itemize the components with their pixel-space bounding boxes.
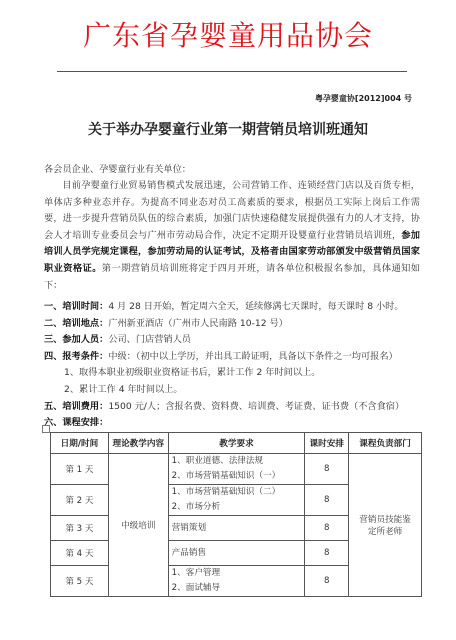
item-training-location: 二、培训地点：广州新亚酒店（广州市人民南路 10-12 号） <box>44 316 434 333</box>
paragraph-text: 目前孕婴童行业贸易销售模式发展迅速，公司营销工作、连锁经营门店以及百货专柜，单体… <box>44 180 420 241</box>
table-header-row: 日期/时间 理论教学内容 教学要求 课时安排 课程负责部门 <box>51 433 422 454</box>
notice-items: 一、培训时间：4 月 28 日开始，暂定周六全天，延续修满七天课时，每天课时 8… <box>44 299 434 432</box>
item-training-time: 一、培训时间：4 月 28 日开始，暂定周六全天，延续修满七天课时，每天课时 8… <box>44 299 434 316</box>
table-move-handle[interactable] <box>42 425 50 433</box>
notice-title: 关于举办孕婴童行业第一期营销员培训班通知 <box>0 119 456 139</box>
red-divider <box>57 71 407 72</box>
item-requirement-2: 2、累计工作 4 年时间以上。 <box>44 382 434 399</box>
schedule-table: 日期/时间 理论教学内容 教学要求 课时安排 课程负责部门 第 1 天 中级培训… <box>50 432 422 597</box>
table-row: 第 1 天 中级培训 1、职业道德、法律法规2、市场营销基础知识（一） 8 营销… <box>51 454 422 485</box>
intro-paragraph: 目前孕婴童行业贸易销售模式发展迅速，公司营销工作、连锁经营门店以及百货专柜，单体… <box>44 178 420 294</box>
item-schedule: 六、课程安排： <box>44 415 434 432</box>
item-participants: 三、参加人员：公司、门店营销人员 <box>44 332 434 349</box>
header-requirements: 教学要求 <box>168 433 305 454</box>
item-requirements: 四、报考条件：中级：（初中以上学历，并出具工龄证明，具备以下条件之一均可报名） <box>44 349 434 366</box>
organization-title: 广东省孕婴童用品协会 <box>0 18 456 54</box>
salutation: 各会员企业、孕婴童行业有关单位： <box>44 162 420 179</box>
header-hours: 课时安排 <box>305 433 349 454</box>
header-department: 课程负责部门 <box>349 433 422 454</box>
content-cell: 中级培训 <box>108 454 168 597</box>
header-content: 理论教学内容 <box>108 433 168 454</box>
department-cell: 营销员技能鉴定所老师 <box>349 454 422 597</box>
document-number: 粤孕婴童协[2012]004 号 <box>315 93 412 104</box>
item-requirement-1: 1、取得本职业初级职业资格证书后，累计工作 2 年时间以上。 <box>44 365 434 382</box>
header-date: 日期/时间 <box>51 433 109 454</box>
item-fees: 五、培训费用：1500 元/人；含报名费、资料费、培训费、考证费、证书费（不含食… <box>44 399 434 416</box>
